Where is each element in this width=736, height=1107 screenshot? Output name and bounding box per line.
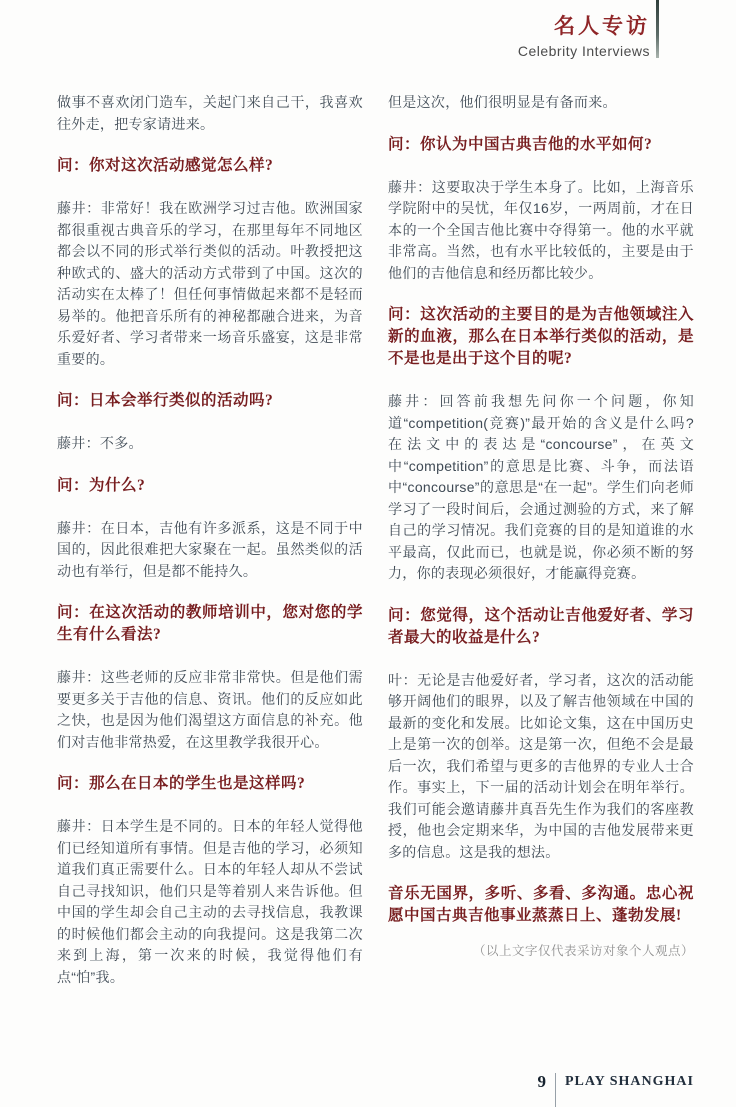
magazine-name: PLAY SHANGHAI [565, 1072, 694, 1092]
body-paragraph: 藤井：回答前我想先问你一个问题，你知道“competition(竞赛)”最开始的… [388, 391, 694, 585]
section-title-cn: 名人专访 [518, 14, 650, 40]
body-paragraph: 藤井：这要取决于学生本身了。比如，上海音乐学院附中的吴忧，年仅16岁，一两周前，… [388, 177, 694, 285]
page-footer: 9 PLAY SHANGHAI [537, 1072, 694, 1107]
interview-question: 问：那么在日本的学生也是这样吗? [57, 773, 363, 795]
body-paragraph: 藤井：不多。 [57, 433, 363, 455]
interview-question: 问：您觉得，这个活动让吉他爱好者、学习者最大的收益是什么? [388, 605, 694, 649]
article-body: 做事不喜欢闭门造车，关起门来自己干，我喜欢往外走，把专家请进来。问：你对这次活动… [57, 92, 694, 1008]
body-paragraph: 藤井：非常好！我在欧洲学习过吉他。欧洲国家都很重视古典音乐的学习，在那里每年不同… [57, 198, 363, 370]
body-paragraph: 叶：无论是吉他爱好者，学习者，这次的活动能够开阔他们的眼界，以及了解吉他领域在中… [388, 670, 694, 864]
closing-statement: 音乐无国界，多听、多看、多沟通。忠心祝愿中国古典吉他事业蒸蒸日上、蓬勃发展! [388, 883, 694, 927]
interview-question: 问：为什么? [57, 475, 363, 497]
body-paragraph: 但是这次，他们很明显是有备而来。 [388, 92, 694, 114]
interview-question: 问：这次活动的主要目的是为吉他领域注入新的血液，那么在日本举行类似的活动，是不是… [388, 304, 694, 370]
page-header: 名人专访 Celebrity Interviews [518, 14, 650, 59]
interview-question: 问：你对这次活动感觉怎么样? [57, 155, 363, 177]
right-column: 但是这次，他们很明显是有备而来。问：你认为中国古典吉他的水平如何?藤井：这要取决… [388, 92, 694, 1008]
disclaimer-note: （以上文字仅代表采访对象个人观点） [388, 941, 694, 959]
left-column: 做事不喜欢闭门造车，关起门来自己干，我喜欢往外走，把专家请进来。问：你对这次活动… [57, 92, 363, 1008]
magazine-page: 名人专访 Celebrity Interviews 做事不喜欢闭门造车，关起门来… [0, 0, 736, 1107]
page-number: 9 [537, 1072, 546, 1092]
section-title-en: Celebrity Interviews [518, 43, 650, 59]
body-paragraph: 藤井：在日本，吉他有许多派系，这是不同于中国的，因此很难把大家聚在一起。虽然类似… [57, 518, 363, 583]
body-paragraph: 藤井：这些老师的反应非常非常快。但是他们需要更多关于吉他的信息、资讯。他们的反应… [57, 667, 363, 753]
interview-question: 问：在这次活动的教师培训中，您对您的学生有什么看法? [57, 602, 363, 646]
interview-question: 问：日本会举行类似的活动吗? [57, 390, 363, 412]
header-accent-bar [656, 0, 659, 58]
interview-question: 问：你认为中国古典吉他的水平如何? [388, 134, 694, 156]
body-paragraph: 做事不喜欢闭门造车，关起门来自己干，我喜欢往外走，把专家请进来。 [57, 92, 363, 135]
body-paragraph: 藤井：日本学生是不同的。日本的年轻人觉得他们已经知道所有事情。但是吉他的学习，必… [57, 816, 363, 988]
footer-divider [555, 1073, 556, 1107]
